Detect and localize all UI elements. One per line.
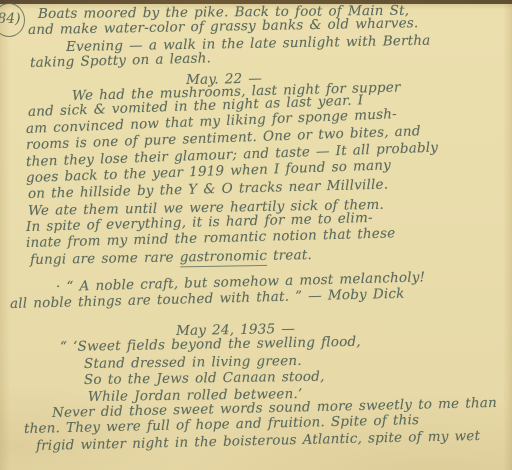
journal-text: Boats moored by the pike. Back to foot o… xyxy=(0,6,512,454)
underlined-word: gastronomic xyxy=(180,248,268,267)
line-segment: treat. xyxy=(267,247,312,264)
diary-page: 84) Boats moored by the pike. Back to fo… xyxy=(0,0,512,470)
line-segment: fungi are some rare xyxy=(30,249,180,268)
